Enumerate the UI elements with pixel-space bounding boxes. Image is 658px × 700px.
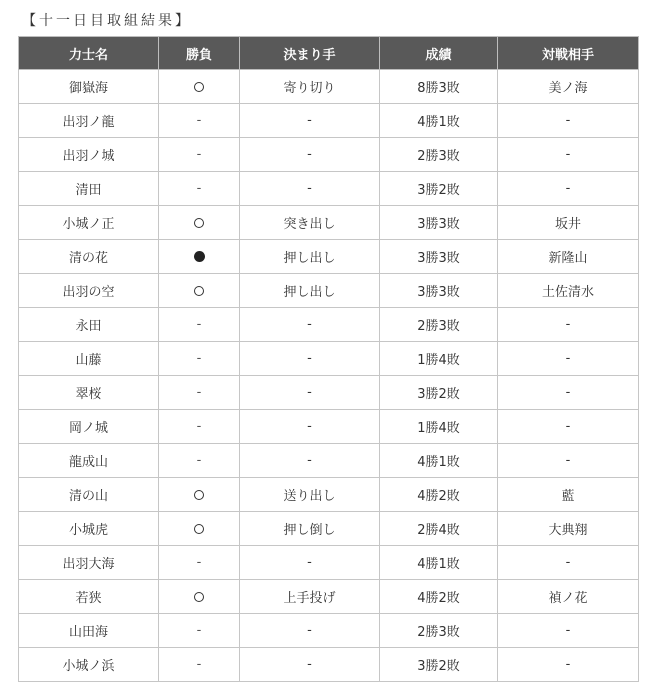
record: 1勝4敗 [380, 342, 498, 376]
kimarite: 押し倒し [240, 512, 380, 546]
wrestler-name: 出羽ノ龍 [19, 104, 159, 138]
header-result: 勝負 [159, 37, 240, 70]
record: 4勝1敗 [380, 444, 498, 478]
kimarite: - [240, 546, 380, 580]
no-bout-dash: - [197, 419, 202, 434]
table-row: 永田--2勝3敗- [19, 308, 639, 342]
opponent: - [498, 138, 639, 172]
wrestler-name: 小城ノ浜 [19, 648, 159, 682]
kimarite: - [240, 648, 380, 682]
kimarite: 上手投げ [240, 580, 380, 614]
table-body: 御嶽海寄り切り8勝3敗美ノ海出羽ノ龍--4勝1敗-出羽ノ城--2勝3敗-清田--… [19, 70, 639, 682]
table-row: 小城虎押し倒し2勝4敗大典翔 [19, 512, 639, 546]
wrestler-name: 清の山 [19, 478, 159, 512]
wrestler-name: 小城虎 [19, 512, 159, 546]
table-row: 清の花押し出し3勝3敗新隆山 [19, 240, 639, 274]
opponent: - [498, 172, 639, 206]
no-bout-dash: - [197, 623, 202, 638]
wrestler-name: 山藤 [19, 342, 159, 376]
wrestler-name: 御嶽海 [19, 70, 159, 104]
opponent: - [498, 342, 639, 376]
result-cell [159, 478, 240, 512]
opponent: 藍 [498, 478, 639, 512]
wrestler-name: 出羽ノ城 [19, 138, 159, 172]
record: 2勝3敗 [380, 614, 498, 648]
kimarite: 押し出し [240, 240, 380, 274]
no-bout-dash: - [197, 453, 202, 468]
header-record: 成績 [380, 37, 498, 70]
opponent: 大典翔 [498, 512, 639, 546]
result-cell [159, 206, 240, 240]
record: 3勝2敗 [380, 172, 498, 206]
record: 1勝4敗 [380, 410, 498, 444]
kimarite: 突き出し [240, 206, 380, 240]
opponent: - [498, 308, 639, 342]
result-cell [159, 512, 240, 546]
black-circle-loss-icon [194, 251, 205, 262]
opponent: - [498, 614, 639, 648]
kimarite: - [240, 410, 380, 444]
wrestler-name: 岡ノ城 [19, 410, 159, 444]
result-cell [159, 240, 240, 274]
opponent: - [498, 546, 639, 580]
record: 4勝2敗 [380, 478, 498, 512]
no-bout-dash: - [197, 555, 202, 570]
record: 3勝3敗 [380, 206, 498, 240]
wrestler-name: 山田海 [19, 614, 159, 648]
kimarite: - [240, 138, 380, 172]
record: 2勝4敗 [380, 512, 498, 546]
kimarite: - [240, 172, 380, 206]
opponent: 土佐清水 [498, 274, 639, 308]
result-cell: - [159, 410, 240, 444]
no-bout-dash: - [197, 657, 202, 672]
table-row: 山藤--1勝4敗- [19, 342, 639, 376]
kimarite: 寄り切り [240, 70, 380, 104]
table-row: 出羽ノ龍--4勝1敗- [19, 104, 639, 138]
table-row: 小城ノ浜--3勝2敗- [19, 648, 639, 682]
header-opponent: 対戦相手 [498, 37, 639, 70]
kimarite: - [240, 308, 380, 342]
table-row: 翠桜--3勝2敗- [19, 376, 639, 410]
opponent: - [498, 648, 639, 682]
result-cell [159, 274, 240, 308]
kimarite: - [240, 444, 380, 478]
table-row: 岡ノ城--1勝4敗- [19, 410, 639, 444]
opponent: 美ノ海 [498, 70, 639, 104]
wrestler-name: 出羽大海 [19, 546, 159, 580]
table-row: 出羽の空押し出し3勝3敗土佐清水 [19, 274, 639, 308]
record: 2勝3敗 [380, 138, 498, 172]
result-cell [159, 580, 240, 614]
record: 8勝3敗 [380, 70, 498, 104]
no-bout-dash: - [197, 317, 202, 332]
table-row: 山田海--2勝3敗- [19, 614, 639, 648]
kimarite: - [240, 342, 380, 376]
table-row: 清の山送り出し4勝2敗藍 [19, 478, 639, 512]
result-cell: - [159, 342, 240, 376]
result-cell: - [159, 138, 240, 172]
kimarite: - [240, 376, 380, 410]
opponent: - [498, 410, 639, 444]
result-cell [159, 70, 240, 104]
record: 4勝1敗 [380, 104, 498, 138]
opponent: - [498, 104, 639, 138]
white-circle-win-icon [194, 524, 204, 534]
kimarite: 送り出し [240, 478, 380, 512]
opponent: - [498, 376, 639, 410]
white-circle-win-icon [194, 592, 204, 602]
table-row: 御嶽海寄り切り8勝3敗美ノ海 [19, 70, 639, 104]
table-row: 龍成山--4勝1敗- [19, 444, 639, 478]
opponent: 坂井 [498, 206, 639, 240]
opponent: 新隆山 [498, 240, 639, 274]
white-circle-win-icon [194, 286, 204, 296]
no-bout-dash: - [197, 385, 202, 400]
kimarite: 押し出し [240, 274, 380, 308]
opponent: - [498, 444, 639, 478]
header-row: 力士名 勝負 決まり手 成績 対戦相手 [19, 37, 639, 70]
table-caption: 【十一日目取組結果】 [22, 12, 192, 30]
result-cell: - [159, 546, 240, 580]
kimarite: - [240, 104, 380, 138]
table-row: 若狭上手投げ4勝2敗禎ノ花 [19, 580, 639, 614]
result-cell: - [159, 104, 240, 138]
wrestler-name: 翠桜 [19, 376, 159, 410]
record: 4勝2敗 [380, 580, 498, 614]
record: 4勝1敗 [380, 546, 498, 580]
no-bout-dash: - [197, 351, 202, 366]
header-kimarite: 決まり手 [240, 37, 380, 70]
table-row: 小城ノ正突き出し3勝3敗坂井 [19, 206, 639, 240]
table-row: 出羽ノ城--2勝3敗- [19, 138, 639, 172]
wrestler-name: 清田 [19, 172, 159, 206]
kimarite: - [240, 614, 380, 648]
no-bout-dash: - [197, 147, 202, 162]
record: 3勝2敗 [380, 648, 498, 682]
no-bout-dash: - [197, 181, 202, 196]
result-cell: - [159, 172, 240, 206]
record: 3勝2敗 [380, 376, 498, 410]
wrestler-name: 永田 [19, 308, 159, 342]
table-row: 出羽大海--4勝1敗- [19, 546, 639, 580]
result-cell: - [159, 444, 240, 478]
result-cell: - [159, 376, 240, 410]
results-table: 力士名 勝負 決まり手 成績 対戦相手 御嶽海寄り切り8勝3敗美ノ海出羽ノ龍--… [18, 36, 639, 682]
opponent: 禎ノ花 [498, 580, 639, 614]
wrestler-name: 龍成山 [19, 444, 159, 478]
record: 2勝3敗 [380, 308, 498, 342]
record: 3勝3敗 [380, 274, 498, 308]
header-wrestler-name: 力士名 [19, 37, 159, 70]
wrestler-name: 清の花 [19, 240, 159, 274]
wrestler-name: 出羽の空 [19, 274, 159, 308]
result-cell: - [159, 308, 240, 342]
wrestler-name: 小城ノ正 [19, 206, 159, 240]
table-row: 清田--3勝2敗- [19, 172, 639, 206]
white-circle-win-icon [194, 490, 204, 500]
white-circle-win-icon [194, 82, 204, 92]
wrestler-name: 若狭 [19, 580, 159, 614]
no-bout-dash: - [197, 113, 202, 128]
white-circle-win-icon [194, 218, 204, 228]
record: 3勝3敗 [380, 240, 498, 274]
result-cell: - [159, 614, 240, 648]
result-cell: - [159, 648, 240, 682]
